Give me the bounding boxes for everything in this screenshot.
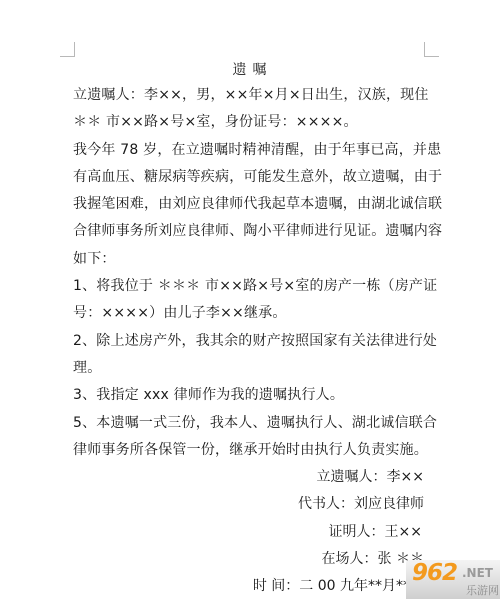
signature-scribe: 代书人：刘应良律师 [73,491,424,518]
body-line: 律师事务所各保管一份，继承开始时由执行人负责实施。 [73,437,424,464]
page-corner-mark-top-right [424,42,439,57]
body-line: 有高血压、糖尿病等疾病，可能发生意外，故立遗嘱，由于 [73,164,424,191]
document-page: 遗嘱 立遗嘱人：李××，男，××年×月×日出生，汉族，现住 ＊＊ 市××路×号×… [73,58,424,599]
body-line: 1、将我位于 ＊＊＊ 市××路×号×室的房产一栋（房产证 [73,273,424,300]
page-corner-mark-top-left [60,42,75,57]
signature-testator: 立遗嘱人：李×× [73,464,424,491]
body-line: 2、除上述房产外，我其余的财产按照国家有关法律进行处 [73,328,424,355]
body-line: 我今年 78 岁，在立遗嘱时精神清醒，由于年事已高，并患 [73,137,424,164]
body-line: 3、我指定 xxx 律师作为我的遗嘱执行人。 [73,382,424,409]
site-watermark-logo: 962 .NET 乐游网 [406,560,500,599]
body-line: 我握笔困难，由刘应良律师代我起草本遗嘱，由湖北诚信联 [73,191,424,218]
body-line: 立遗嘱人：李××，男，××年×月×日出生，汉族，现住 [73,82,424,109]
body-line: 号：××××）由儿子李××继承。 [73,300,424,327]
body-line: 理。 [73,355,424,382]
document-title: 遗嘱 [81,58,424,82]
body-line: 合律师事务所刘应良律师、陶小平律师进行见证。遗嘱内容 [73,218,424,245]
body-line: 如下： [73,246,424,273]
watermark-domain: .NET [462,566,493,580]
watermark-number: 962 [412,560,457,586]
body-line: 5、本遗嘱一式三份，我本人、遗嘱执行人、湖北诚信联合 [73,410,424,437]
body-line: ＊＊ 市××路×号×室，身份证号：××××。 [73,109,424,136]
signature-witness: 证明人：王×× [73,519,424,546]
watermark-chinese: 乐游网 [466,582,499,598]
signature-present-person: 在场人：张 ＊＊ [73,546,424,573]
signature-date: 时 间：二 00 九年**月**日 [73,573,424,599]
